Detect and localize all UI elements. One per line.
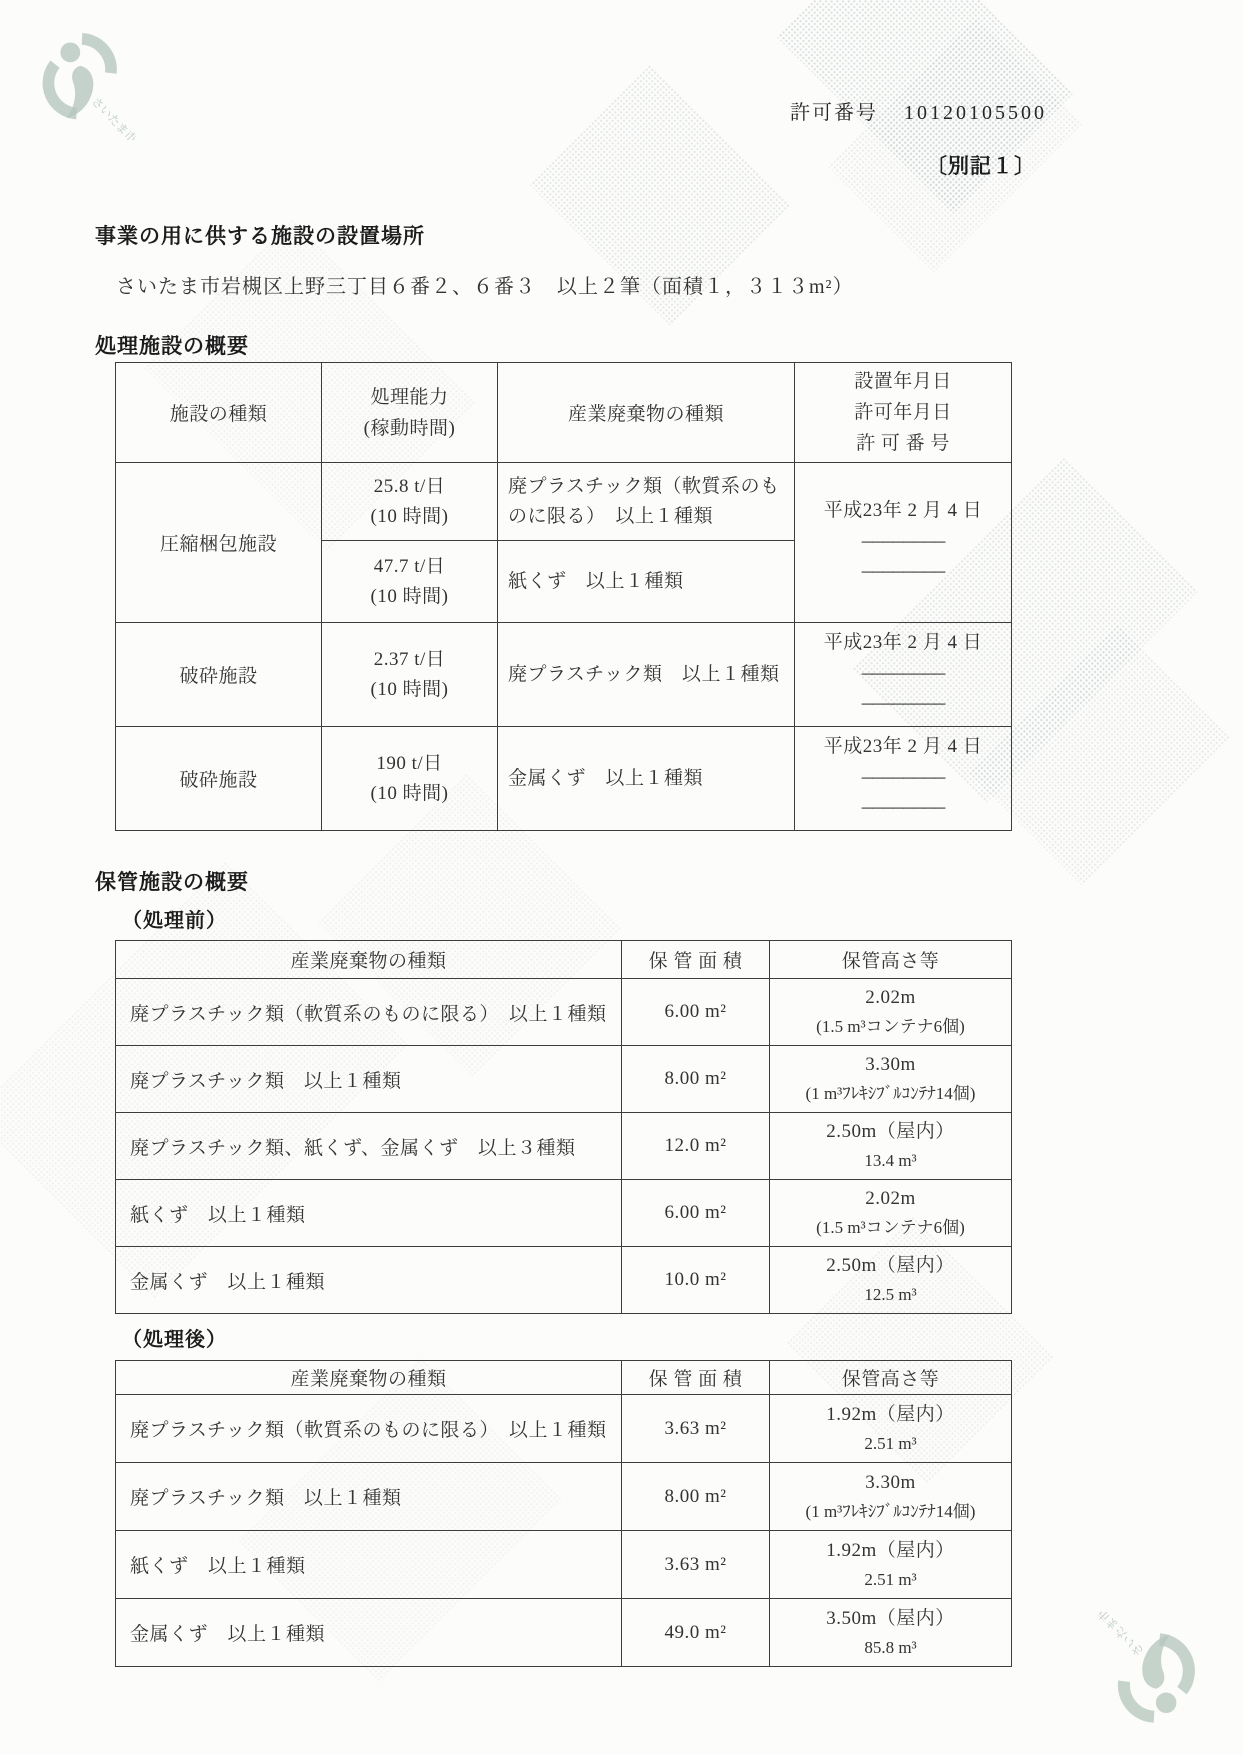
storage-height-cell: 3.30m (1 m³ﾌﾚｷｼﾌﾞﾙｺﾝﾃﾅ14個) bbox=[770, 1463, 1012, 1531]
logo-arc-left bbox=[1160, 1639, 1189, 1690]
storage-post-table: 産業廃棄物の種類 保 管 面 積 保管高さ等 廃プラスチック類（軟質系のものに限… bbox=[115, 1360, 1012, 1667]
col-header-facility-type: 施設の種類 bbox=[116, 363, 322, 463]
waste-type-cell: 紙くず 以上１種類 bbox=[116, 1531, 622, 1599]
storage-area-cell: 3.63 m² bbox=[622, 1531, 770, 1599]
no-value-dash: ──────── bbox=[801, 794, 1005, 824]
storage-area-cell: 6.00 m² bbox=[622, 1180, 770, 1247]
table-row: 金属くず 以上１種類 10.0 m² 2.50m（屋内） 12.5 m³ bbox=[116, 1247, 1012, 1314]
permit-number-line: 許可番号10120105500 bbox=[790, 96, 1047, 125]
table-row: 破砕施設 190 t/日 (10 時間) 金属くず 以上１種類 平成23年 2 … bbox=[116, 727, 1012, 831]
waste-type-cell: 廃プラスチック類 以上１種類 bbox=[498, 623, 795, 727]
no-value-dash: ──────── bbox=[801, 558, 1005, 588]
processing-facilities-table: 施設の種類 処理能力 (稼動時間) 産業廃棄物の種類 設置年月日 許可年月日 許… bbox=[115, 362, 1012, 831]
permit-number-value: 10120105500 bbox=[904, 102, 1047, 124]
watermark-pattern bbox=[828, 18, 1083, 273]
col-header-waste-type: 産業廃棄物の種類 bbox=[116, 941, 622, 979]
waste-type-cell: 廃プラスチック類、紙くず、金属くず 以上３種類 bbox=[116, 1113, 622, 1180]
storage-area-cell: 10.0 m² bbox=[622, 1247, 770, 1314]
processing-section-title: 処理施設の概要 bbox=[95, 330, 249, 360]
col-header-waste-type: 産業廃棄物の種類 bbox=[116, 1361, 622, 1395]
facility-name-cell: 圧縮梱包施設 bbox=[116, 463, 322, 623]
waste-type-cell: 金属くず 以上１種類 bbox=[498, 727, 795, 831]
permit-date-cell: 平成23年 2 月 4 日 ──────── ──────── bbox=[795, 623, 1012, 727]
location-section-title: 事業の用に供する施設の設置場所 bbox=[95, 220, 425, 250]
capacity-cell: 25.8 t/日 (10 時間) bbox=[322, 463, 498, 541]
facility-name-cell: 破砕施設 bbox=[116, 623, 322, 727]
scanned-permit-document: { "header": { "permit_label": "許可番号", "p… bbox=[0, 0, 1242, 1755]
logo-head-dot bbox=[60, 43, 80, 63]
waste-type-cell: 廃プラスチック類（軟質系のものに限る） 以上１種類 bbox=[116, 979, 622, 1046]
table-header-row: 施設の種類 処理能力 (稼動時間) 産業廃棄物の種類 設置年月日 許可年月日 許… bbox=[116, 363, 1012, 463]
storage-height-cell: 2.02m (1.5 m³コンテナ6個) bbox=[770, 979, 1012, 1046]
table-row: 紙くず 以上１種類 6.00 m² 2.02m (1.5 m³コンテナ6個) bbox=[116, 1180, 1012, 1247]
no-value-dash: ──────── bbox=[801, 764, 1005, 794]
waste-type-cell: 金属くず 以上１種類 bbox=[116, 1599, 622, 1667]
waste-type-cell: 廃プラスチック類 以上１種類 bbox=[116, 1463, 622, 1531]
annex-marker: 〔別記１〕 bbox=[926, 150, 1036, 180]
logo-city-label: さいたま市 bbox=[1098, 1612, 1147, 1660]
storage-area-cell: 3.63 m² bbox=[622, 1395, 770, 1463]
logo-arc-right bbox=[82, 39, 111, 73]
table-row: 廃プラスチック類、紙くず、金属くず 以上３種類 12.0 m² 2.50m（屋内… bbox=[116, 1113, 1012, 1180]
table-header-row: 産業廃棄物の種類 保 管 面 積 保管高さ等 bbox=[116, 941, 1012, 979]
storage-area-cell: 12.0 m² bbox=[622, 1113, 770, 1180]
logo-arc-right bbox=[1124, 1681, 1154, 1716]
storage-height-cell: 2.02m (1.5 m³コンテナ6個) bbox=[770, 1180, 1012, 1247]
post-processing-label: （処理後） bbox=[122, 1323, 227, 1352]
col-header-waste-type: 産業廃棄物の種類 bbox=[498, 363, 795, 463]
permit-date-cell: 平成23年 2 月 4 日 ──────── ──────── bbox=[795, 727, 1012, 831]
waste-type-cell: 金属くず 以上１種類 bbox=[116, 1247, 622, 1314]
logo-head-dot bbox=[1156, 1692, 1177, 1713]
storage-section-title: 保管施設の概要 bbox=[95, 866, 249, 896]
permit-number-label: 許可番号 bbox=[790, 102, 878, 124]
storage-height-cell: 3.30m (1 m³ﾌﾚｷｼﾌﾞﾙｺﾝﾃﾅ14個) bbox=[770, 1046, 1012, 1113]
waste-type-cell: 廃プラスチック類（軟質系のものに限る） 以上１種類 bbox=[498, 463, 795, 541]
storage-height-cell: 3.50m（屋内） 85.8 m³ bbox=[770, 1599, 1012, 1667]
no-value-dash: ──────── bbox=[801, 690, 1005, 720]
no-value-dash: ──────── bbox=[801, 528, 1005, 558]
saitama-city-logo: さいたま市 bbox=[28, 26, 136, 140]
logo-arc-left bbox=[48, 64, 76, 114]
storage-height-cell: 1.92m（屋内） 2.51 m³ bbox=[770, 1395, 1012, 1463]
storage-area-cell: 8.00 m² bbox=[622, 1463, 770, 1531]
waste-type-cell: 廃プラスチック類（軟質系のものに限る） 以上１種類 bbox=[116, 1395, 622, 1463]
facility-name-cell: 破砕施設 bbox=[116, 727, 322, 831]
logo-city-label: さいたま市 bbox=[89, 94, 136, 140]
storage-height-cell: 2.50m（屋内） 13.4 m³ bbox=[770, 1113, 1012, 1180]
col-header-storage-area: 保 管 面 積 bbox=[622, 1361, 770, 1395]
table-header-row: 産業廃棄物の種類 保 管 面 積 保管高さ等 bbox=[116, 1361, 1012, 1395]
col-header-dates: 設置年月日 許可年月日 許 可 番 号 bbox=[795, 363, 1012, 463]
table-row: 廃プラスチック類（軟質系のものに限る） 以上１種類 6.00 m² 2.02m … bbox=[116, 979, 1012, 1046]
waste-type-cell: 廃プラスチック類 以上１種類 bbox=[116, 1046, 622, 1113]
table-row: 金属くず 以上１種類 49.0 m² 3.50m（屋内） 85.8 m³ bbox=[116, 1599, 1012, 1667]
storage-height-cell: 1.92m（屋内） 2.51 m³ bbox=[770, 1531, 1012, 1599]
storage-pre-table: 産業廃棄物の種類 保 管 面 積 保管高さ等 廃プラスチック類（軟質系のものに限… bbox=[115, 940, 1012, 1314]
table-row: 廃プラスチック類 以上１種類 8.00 m² 3.30m (1 m³ﾌﾚｷｼﾌﾞ… bbox=[116, 1463, 1012, 1531]
col-header-storage-height: 保管高さ等 bbox=[770, 1361, 1012, 1395]
table-row: 廃プラスチック類 以上１種類 8.00 m² 3.30m (1 m³ﾌﾚｷｼﾌﾞ… bbox=[116, 1046, 1012, 1113]
col-header-storage-area: 保 管 面 積 bbox=[622, 941, 770, 979]
storage-area-cell: 8.00 m² bbox=[622, 1046, 770, 1113]
col-header-storage-height: 保管高さ等 bbox=[770, 941, 1012, 979]
pre-processing-label: （処理前） bbox=[122, 904, 227, 933]
capacity-cell: 2.37 t/日 (10 時間) bbox=[322, 623, 498, 727]
storage-area-cell: 49.0 m² bbox=[622, 1599, 770, 1667]
waste-type-cell: 紙くず 以上１種類 bbox=[116, 1180, 622, 1247]
table-row: 廃プラスチック類（軟質系のものに限る） 以上１種類 3.63 m² 1.92m（… bbox=[116, 1395, 1012, 1463]
waste-type-cell: 紙くず 以上１種類 bbox=[498, 541, 795, 623]
permit-date-cell: 平成23年 2 月 4 日 ──────── ──────── bbox=[795, 463, 1012, 623]
storage-height-cell: 2.50m（屋内） 12.5 m³ bbox=[770, 1247, 1012, 1314]
table-row: 破砕施設 2.37 t/日 (10 時間) 廃プラスチック類 以上１種類 平成2… bbox=[116, 623, 1012, 727]
table-row: 圧縮梱包施設 25.8 t/日 (10 時間) 廃プラスチック類（軟質系のものに… bbox=[116, 463, 1012, 541]
capacity-cell: 47.7 t/日 (10 時間) bbox=[322, 541, 498, 623]
table-row: 紙くず 以上１種類 3.63 m² 1.92m（屋内） 2.51 m³ bbox=[116, 1531, 1012, 1599]
col-header-capacity: 処理能力 (稼動時間) bbox=[322, 363, 498, 463]
capacity-cell: 190 t/日 (10 時間) bbox=[322, 727, 498, 831]
saitama-city-logo-bottom: さいたま市 bbox=[1098, 1612, 1210, 1730]
no-value-dash: ──────── bbox=[801, 660, 1005, 690]
storage-area-cell: 6.00 m² bbox=[622, 979, 770, 1046]
facility-address: さいたま市岩槻区上野三丁目６番２、６番３ 以上２筆（面積１，３１３m²） bbox=[116, 270, 854, 299]
